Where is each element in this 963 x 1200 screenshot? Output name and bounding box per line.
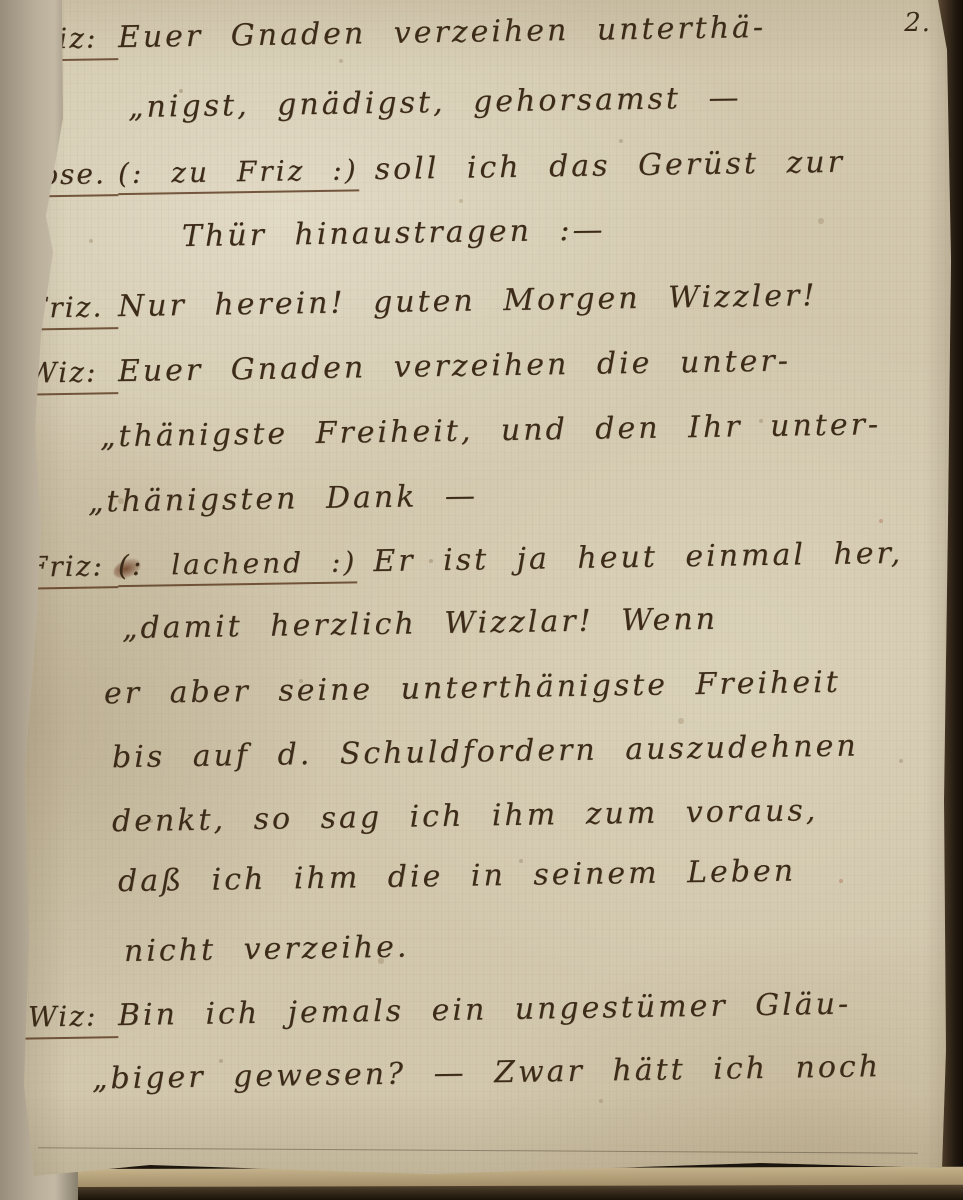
handwritten-text-block: 2. Wiz:Euer Gnaden verzeihen unterthä- „…: [0, 0, 963, 1200]
line-text: soll ich das Gerüst zur: [374, 145, 845, 187]
line-text: „nigst, gnädigst, gehorsamst —: [128, 80, 742, 125]
manuscript-line: Friz.Nur herein! guten Morgen Wizzler!: [0, 276, 958, 331]
line-text: bis auf d. Schuldfordern auszudehnen: [112, 729, 859, 776]
manuscript-line: Jose.(: zu Friz :)soll ich das Gerüst zu…: [0, 143, 958, 198]
manuscript-line: denkt, so sag ich ihm zum voraus,: [0, 790, 963, 841]
line-text: Thür hinaustragen :—: [182, 212, 606, 254]
manuscript-line: nicht verzeihe.: [0, 919, 963, 971]
manuscript-line: „nigst, gnädigst, gehorsamst —: [0, 75, 963, 127]
line-text: denkt, so sag ich ihm zum voraus,: [112, 793, 819, 839]
manuscript-line: Friz:(: lachend :)Er ist ja heut einmal …: [0, 535, 958, 590]
line-text: „thänigste Freiheit, und den Ihr unter-: [100, 407, 882, 454]
line-text: Bin ich jemals ein ungestümer Gläu-: [118, 987, 852, 1034]
manuscript-line: Wiz:Euer Gnaden verzeihen unterthä-: [0, 7, 958, 62]
manuscript-line: „biger gewesen? — Zwar hätt ich noch: [0, 1047, 963, 1098]
manuscript-line: er aber seine unterthänigste Freiheit: [0, 662, 963, 713]
line-text: „damit herzlich Wizzlar! Wenn: [122, 602, 719, 646]
line-text: daß ich ihm die in seinem Leben: [118, 853, 797, 899]
line-text: Er ist ja heut einmal her,: [373, 536, 903, 579]
line-text: „thänigsten Dank —: [88, 478, 478, 519]
line-text: Nur herein! guten Morgen Wizzler!: [118, 278, 818, 324]
line-text: Euer Gnaden verzeihen unterthä-: [118, 10, 767, 55]
manuscript-line: Thür hinaustragen :—: [0, 205, 963, 257]
manuscript-line: Wiz:Euer Gnaden verzeihen die unter-: [0, 341, 958, 396]
manuscript-line: bis auf d. Schuldfordern auszudehnen: [0, 726, 963, 777]
line-text: Euer Gnaden verzeihen die unter-: [118, 344, 791, 390]
stage-direction: (: lachend :): [118, 545, 358, 587]
manuscript-line: daß ich ihm die in seinem Leben: [0, 850, 963, 901]
manuscript-line: „thänigsten Dank —: [0, 470, 963, 521]
manuscript-line: „thänigste Freiheit, und den Ihr unter-: [0, 405, 963, 456]
manuscript-page: 2. Wiz:Euer Gnaden verzeihen unterthä- „…: [0, 0, 963, 1200]
manuscript-line: „damit herzlich Wizzlar! Wenn: [0, 596, 963, 648]
manuscript-scan: 2. Wiz:Euer Gnaden verzeihen unterthä- „…: [0, 0, 963, 1200]
line-text: „biger gewesen? — Zwar hätt ich noch: [92, 1049, 882, 1096]
line-text: nicht verzeihe.: [124, 930, 410, 969]
line-text: er aber seine unterthänigste Freiheit: [104, 665, 841, 712]
manuscript-line: Wiz:Bin ich jemals ein ungestümer Gläu-: [0, 985, 958, 1040]
stage-direction: (: zu Friz :): [118, 153, 359, 195]
